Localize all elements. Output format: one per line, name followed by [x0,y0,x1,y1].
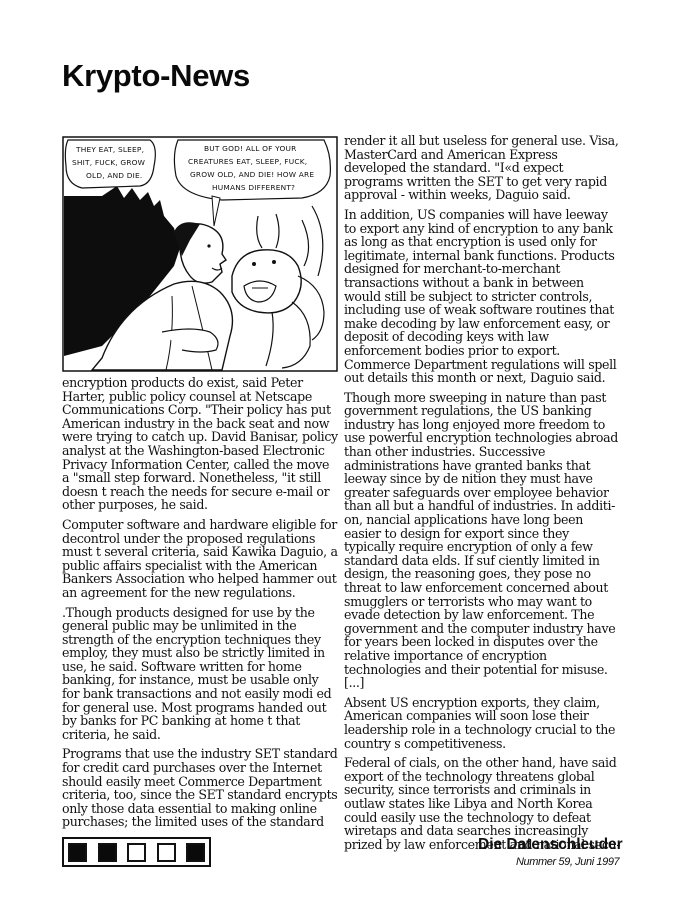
bubble-right-line-4: HUMANS DIFFERENT? [212,183,295,192]
bubble-left-line-3: OLD, AND DIE. [86,171,142,180]
bubble-right-line-3: GROW OLD, AND DIE! HOW ARE [190,170,314,179]
article-column-left: encryption products do exist, said Peter… [62,376,338,835]
filled-square-icon [68,843,87,862]
bubble-right-line-1: BUT GOD! ALL OF YOUR [204,144,296,153]
article-paragraph: .Though products designed for use by the… [62,606,338,742]
article-paragraph: In addition, US companies will have leew… [344,208,622,385]
issue-info: Nummer 59, Juni 1997 [516,856,619,868]
bubble-left-line-2: SHIT, FUCK, GROW [72,158,146,167]
empty-square-icon [127,843,146,862]
filled-square-icon [98,843,117,862]
bubble-right-line-2: CREATURES EAT, SLEEP, FUCK, [188,157,307,166]
article-paragraph: Though more sweeping in nature than past… [344,391,622,690]
cartoon-illustration: THEY EAT, SLEEP, SHIT, FUCK, GROW OLD, A… [62,136,338,372]
article-paragraph: Programs that use the industry SET stand… [62,747,338,829]
article-paragraph: encryption products do exist, said Peter… [62,376,338,512]
empty-square-icon [157,843,176,862]
article-column-right: render it all but useless for general us… [344,134,622,857]
page-title: Krypto-News [62,60,250,91]
article-paragraph: Computer software and hardware eligible … [62,518,338,600]
publication-name: Die Datenschleuder [478,836,623,854]
bubble-left-line-1: THEY EAT, SLEEP, [75,145,144,154]
filled-square-icon [186,843,205,862]
article-paragraph: render it all but useless for general us… [344,134,622,202]
article-paragraph: Absent US encryption exports, they claim… [344,696,622,750]
footer-box-strip [62,837,211,867]
